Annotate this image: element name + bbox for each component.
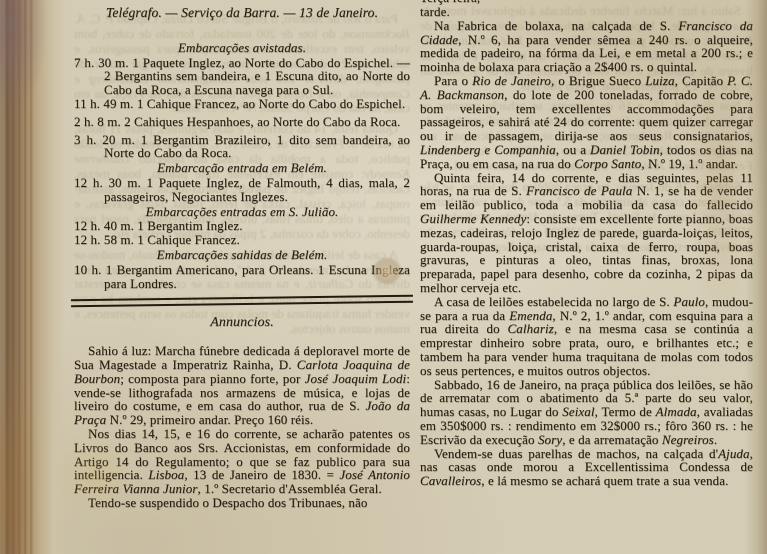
announcement-leilao-kennedy: Quinta feira, 14 do corrente, e dias seg…: [420, 171, 753, 295]
newspaper-scan-page: Para o Rio de Janeiro, o Brigue Sueco Lu…: [0, 0, 767, 554]
announcement-fabrica-bolaxa: Na Fabrica de bolaxa, na calçada de S. F…: [420, 19, 753, 74]
announcement-livros-banco: Nos dias 14, 15, e 16 do corrente, se ac…: [74, 427, 410, 496]
shipping-entry: 12 h. 40 m. 1 Bergantim Inglez.: [74, 219, 410, 233]
announcement-parelhas-machos: Vendem-se duas parelhas de machos, na ca…: [420, 447, 753, 488]
shipping-entry: 11 h. 49 m. 1 Cahique Francez, ao Norte …: [74, 97, 410, 111]
heading-entradas-s-juliao: Embarcações entradas em S. Julião.: [74, 205, 410, 219]
heading-embarcacoes-avistadas: Embarcações avistadas.: [74, 41, 410, 55]
shipping-entry: 12 h. 58 m. 1 Cahique Francez.: [74, 233, 410, 247]
heading-annuncios: Annuncios.: [74, 316, 410, 330]
cropped-top-line: Terça feira,: [420, 0, 753, 5]
masthead-telegrafo: Telégrafo. — Serviço da Barra. — 13 de J…: [74, 6, 410, 20]
heading-sahidas-belem: Embarcações sahidas de Belém.: [74, 248, 410, 262]
shipping-entry: 2 h. 8 m. 2 Cahiques Hespanhoes, ao Nort…: [74, 115, 410, 129]
announcement-arrematacao-seixal: Sabbado, 16 de Janeiro, na praça pública…: [420, 378, 753, 447]
left-column: Telégrafo. — Serviço da Barra. — 13 de J…: [74, 0, 410, 510]
separator-double-rule: [71, 295, 413, 307]
page-left-edge: [0, 0, 66, 554]
shipping-entry: 3 h. 20 m. 1 Bergantim Brazileiro, 1 dit…: [74, 133, 410, 161]
announcement-tribunaes-cropped: Tendo-se suspendido o Despacho dos Tribu…: [74, 496, 410, 510]
heading-entrada-belem: Embarcação entrada em Belém.: [74, 161, 410, 175]
shipping-entry: 12 h. 30 m. 1 Paquete Inglez, de Falmout…: [74, 176, 410, 204]
announcement-casa-leiloes: A casa de leilões estabelecida no largo …: [420, 295, 753, 378]
right-column: Terça feira, tarde. Na Fabrica de bolaxa…: [420, 0, 753, 488]
announcement-marcha-funebre: Sahio á luz: Marcha fúnebre dedicada á d…: [74, 344, 410, 427]
shipping-entry: 7 h. 30 m. 1 Paquete Inglez, ao Norte do…: [74, 56, 410, 97]
paragraph-end-tarde: tarde.: [420, 5, 753, 19]
shipping-entry: 10 h. 1 Bergantim Americano, para Orlean…: [74, 263, 410, 291]
cropped-top-line-text: Terça feira,: [420, 0, 753, 5]
announcement-brigue-luiza: Para o Rio de Janeiro, o Brigue Sueco Lu…: [420, 74, 753, 171]
